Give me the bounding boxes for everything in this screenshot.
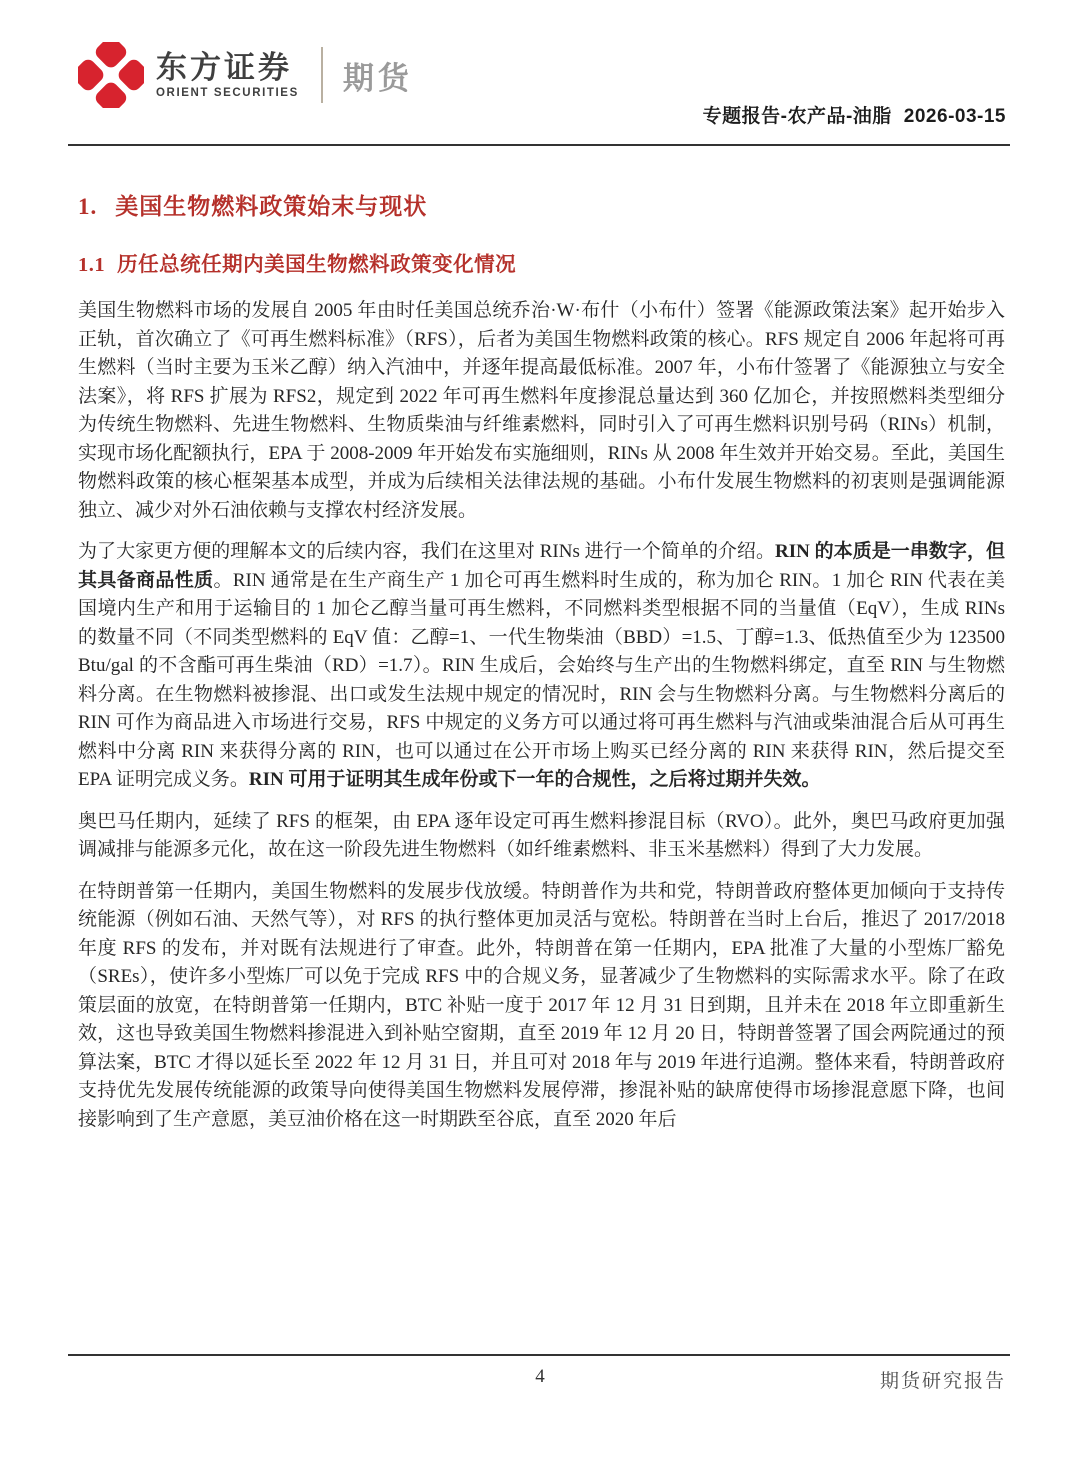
report-content: 1. 美国生物燃料政策始末与现状 1.1 历任总统任期内美国生物燃料政策变化情况…	[78, 188, 1005, 1147]
brand-block: 东方证券 ORIENT SECURITIES 期货	[78, 42, 413, 108]
paragraph-text: 为了大家更方便的理解本文的后续内容，我们在这里对 RINs 进行一个简单的介绍。	[78, 541, 775, 562]
section-heading: 1. 美国生物燃料政策始末与现状	[78, 188, 1005, 221]
brand-text: 东方证券 ORIENT SECURITIES	[156, 51, 299, 99]
brand-name-en: ORIENT SECURITIES	[156, 87, 299, 99]
brand-name-cn: 东方证券	[156, 51, 299, 85]
paragraph-text: 在特朗普第一任期内，美国生物燃料的发展步伐放缓。特朗普作为共和党，特朗普政府整体…	[78, 881, 1005, 1130]
paragraph: 为了大家更方便的理解本文的后续内容，我们在这里对 RINs 进行一个简单的介绍。…	[78, 538, 1005, 795]
section-number: 1.	[78, 194, 97, 220]
footer-rule	[68, 1354, 1010, 1356]
header-rule	[68, 144, 1010, 146]
paragraph-text: 美国生物燃料市场的发展自 2005 年由时任美国总统乔治·W·布什（小布什）签署…	[78, 300, 1005, 521]
report-meta: 专题报告-农产品-油脂2026-03-15	[703, 101, 1006, 128]
orient-securities-logo-icon	[78, 42, 144, 108]
subsection-title: 历任总统任期内美国生物燃料政策变化情况	[117, 247, 516, 277]
subsection-number: 1.1	[78, 254, 105, 277]
paragraph: 在特朗普第一任期内，美国生物燃料的发展步伐放缓。特朗普作为共和党，特朗普政府整体…	[78, 878, 1005, 1135]
section-title: 美国生物燃料政策始末与现状	[115, 188, 427, 221]
brand-division-label: 期货	[343, 53, 413, 98]
brand-divider	[321, 47, 323, 103]
report-page: 东方证券 ORIENT SECURITIES 期货 专题报告-农产品-油脂202…	[0, 0, 1080, 1466]
paragraph-text: 。RIN 通常是在生产商生产 1 加仑可再生燃料时生成的，称为加仑 RIN。1 …	[78, 570, 1005, 791]
paragraph: 美国生物燃料市场的发展自 2005 年由时任美国总统乔治·W·布什（小布什）签署…	[78, 297, 1005, 525]
paragraph-text: 奥巴马任期内，延续了 RFS 的框架，由 EPA 逐年设定可再生燃料掺混目标（R…	[78, 811, 1005, 861]
report-category: 专题报告-农产品-油脂	[703, 106, 892, 127]
footer-report-type-label: 期货研究报告	[880, 1366, 1006, 1393]
report-date: 2026-03-15	[904, 106, 1006, 127]
paragraph: 奥巴马任期内，延续了 RFS 的框架，由 EPA 逐年设定可再生燃料掺混目标（R…	[78, 808, 1005, 865]
subsection-heading: 1.1 历任总统任期内美国生物燃料政策变化情况	[78, 247, 1005, 277]
paragraph-text-bold: RIN 可用于证明其生成年份或下一年的合规性，之后将过期并失效。	[249, 769, 821, 790]
